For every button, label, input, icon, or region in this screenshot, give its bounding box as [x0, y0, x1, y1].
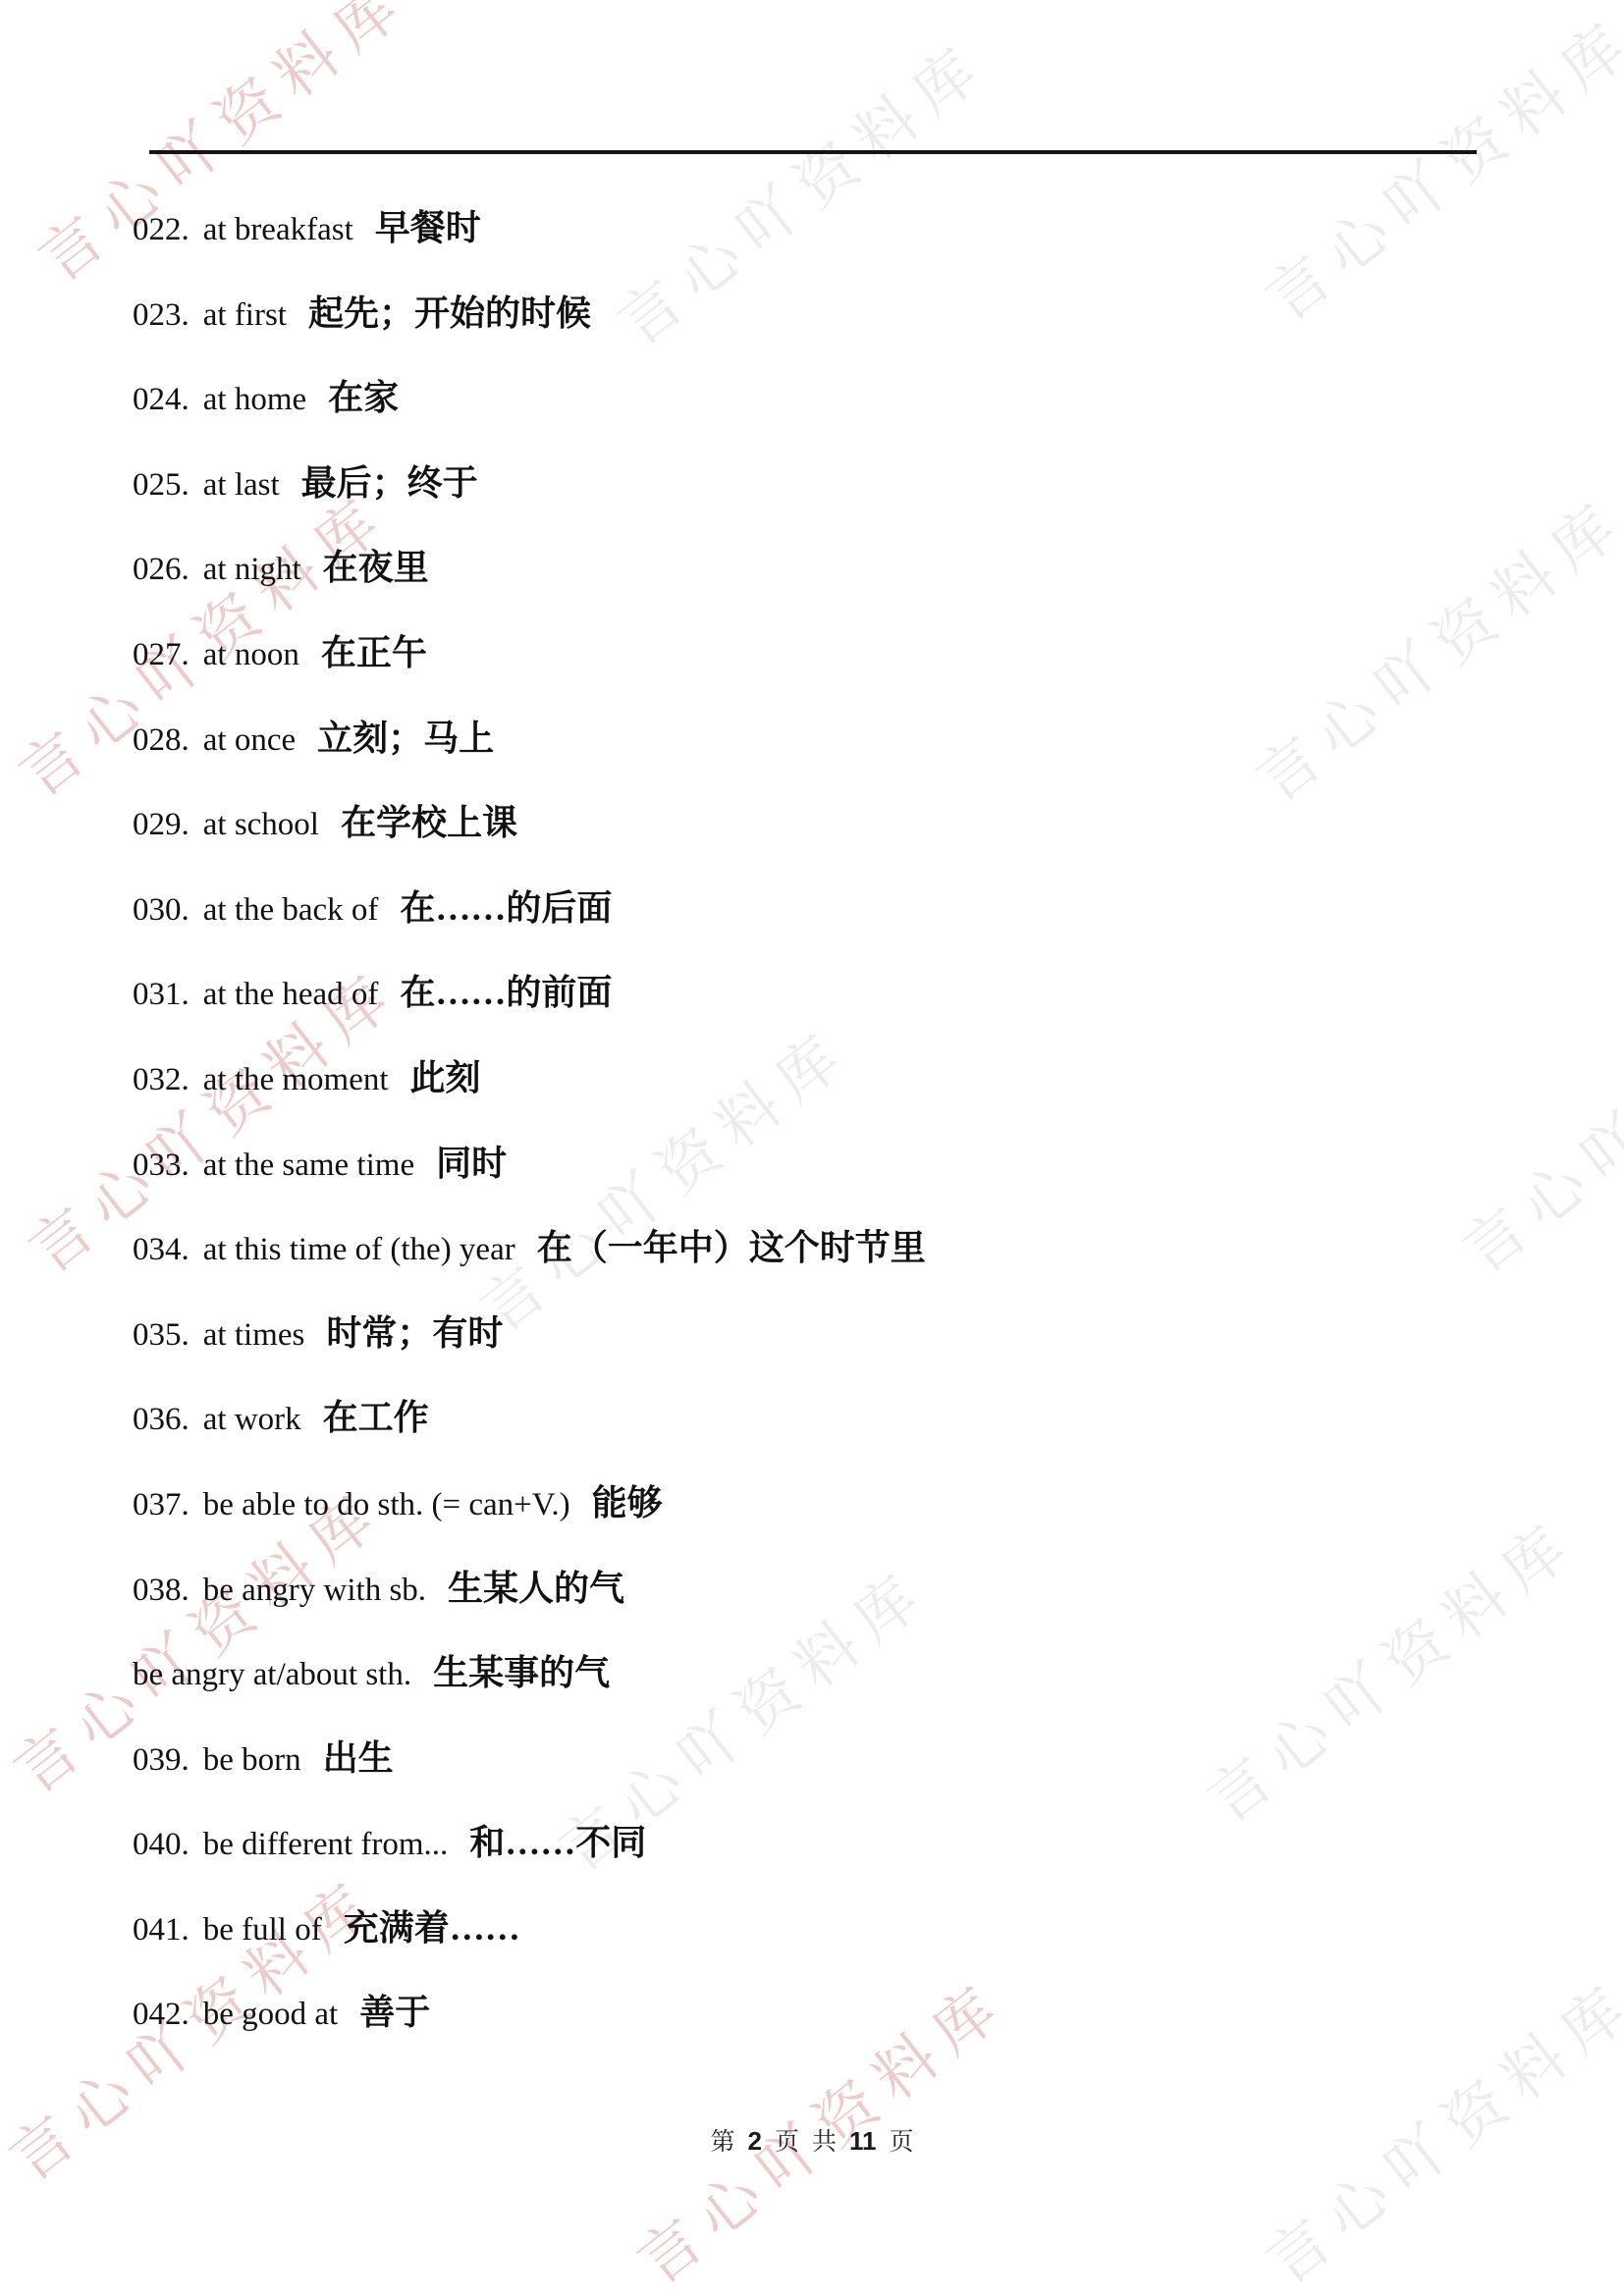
entry-english: at first: [203, 294, 287, 337]
entry-number: 030.: [133, 888, 189, 932]
entry-number: 023.: [133, 294, 189, 337]
entry-number: 028.: [133, 719, 189, 762]
entry-english: at school: [203, 803, 319, 846]
phrase-entry: 034.at this time of (the) year在（一年中）这个时节…: [133, 1226, 1565, 1311]
entry-chinese: 在……的后面: [400, 886, 612, 930]
header-rule: [149, 150, 1477, 154]
phrase-entry-continuation: be angry at/about sth.生某事的气: [133, 1651, 1565, 1736]
entry-chinese: 在工作: [323, 1396, 429, 1439]
entry-chinese: 在家: [328, 376, 399, 419]
entry-english: at the head of: [203, 973, 379, 1016]
entry-chinese: 在正午: [321, 631, 427, 674]
entry-english: at this time of (the) year: [203, 1228, 515, 1271]
entry-chinese: 同时: [436, 1142, 507, 1185]
phrase-entry: 023.at first起先；开始的时候: [133, 292, 1565, 377]
entry-number: 027.: [133, 633, 189, 676]
phrase-entry: 035.at times时常；有时: [133, 1311, 1565, 1397]
entry-chinese: 出生: [323, 1736, 394, 1780]
phrase-entry: 030.at the back of在……的后面: [133, 886, 1565, 972]
entry-english: at work: [203, 1398, 301, 1441]
phrase-entry: 027.at noon在正午: [133, 631, 1565, 717]
phrase-entry: 042.be good at善于: [133, 1991, 1565, 2076]
page-footer: 第 2 页 共 11 页: [0, 2126, 1624, 2158]
entry-chinese: 早餐时: [375, 206, 481, 249]
phrase-list: 022.at breakfast早餐时023.at first起先；开始的时候0…: [133, 206, 1565, 2076]
entry-english: at last: [203, 463, 280, 507]
entry-chinese: 善于: [359, 1991, 430, 2034]
entry-number: 040.: [133, 1823, 189, 1866]
entry-number: 038.: [133, 1569, 189, 1612]
entry-english: at times: [203, 1313, 305, 1357]
entry-chinese: 能够: [592, 1481, 663, 1524]
entry-number: 033.: [133, 1144, 189, 1187]
phrase-entry: 024.at home在家: [133, 376, 1565, 461]
entry-number: 024.: [133, 378, 189, 421]
entry-number: 032.: [133, 1058, 189, 1101]
entry-number: 029.: [133, 803, 189, 846]
entry-number: 035.: [133, 1313, 189, 1357]
entry-number: 037.: [133, 1483, 189, 1526]
phrase-entry: 039.be born出生: [133, 1736, 1565, 1822]
footer-page-number: 2: [748, 2126, 762, 2156]
entry-english: at the same time: [203, 1144, 414, 1187]
entry-number: 041.: [133, 1908, 189, 1951]
entry-chinese: 起先；开始的时候: [308, 292, 591, 335]
entry-english: be able to do sth. (= can+V.): [203, 1483, 570, 1526]
footer-mid1: 页: [775, 2128, 799, 2158]
entry-english: at the back of: [203, 888, 379, 932]
entry-chinese: 在夜里: [323, 546, 429, 589]
phrase-entry: 025.at last最后；终于: [133, 461, 1565, 547]
phrase-entry: 029.at school在学校上课: [133, 801, 1565, 886]
entry-english: at home: [203, 378, 306, 421]
phrase-entry: 028.at once立刻；马上: [133, 717, 1565, 802]
entry-english: be different from...: [203, 1823, 449, 1866]
entry-english: at the moment: [203, 1058, 389, 1101]
entry-chinese: 生某事的气: [433, 1651, 610, 1694]
phrase-entry: 040.be different from...和……不同: [133, 1821, 1565, 1906]
entry-english: at noon: [203, 633, 299, 676]
entry-number: 036.: [133, 1398, 189, 1441]
entry-number: 042.: [133, 1993, 189, 2036]
phrase-entry: 037.be able to do sth. (= can+V.)能够: [133, 1481, 1565, 1567]
phrase-entry: 033.at the same time同时: [133, 1142, 1565, 1227]
phrase-entry: 026.at night在夜里: [133, 546, 1565, 631]
footer-suffix: 页: [890, 2128, 914, 2158]
phrase-entry: 041.be full of充满着……: [133, 1906, 1565, 1992]
phrase-entry: 038.be angry with sb.生某人的气: [133, 1567, 1565, 1652]
entry-english: be born: [203, 1738, 301, 1782]
entry-chinese: 最后；终于: [301, 461, 478, 505]
entry-chinese: 和……不同: [469, 1821, 646, 1864]
footer-mid2: 共: [812, 2128, 837, 2158]
footer-prefix: 第: [710, 2128, 734, 2158]
phrase-entry: 036.at work在工作: [133, 1396, 1565, 1481]
entry-chinese: 在（一年中）这个时节里: [537, 1226, 926, 1269]
phrase-entry: 031.at the head of在……的前面: [133, 971, 1565, 1056]
entry-english: be good at: [203, 1993, 338, 2036]
entry-number: 026.: [133, 548, 189, 591]
entry-chinese: 立刻；马上: [317, 717, 494, 760]
entry-english: be full of: [203, 1908, 322, 1951]
entry-number: 031.: [133, 973, 189, 1016]
entry-english: at night: [203, 548, 301, 591]
entry-chinese: 生某人的气: [448, 1567, 624, 1610]
entry-chinese: 在学校上课: [341, 801, 517, 844]
phrase-entry: 022.at breakfast早餐时: [133, 206, 1565, 292]
entry-chinese: 充满着……: [344, 1906, 520, 1949]
entry-number: 025.: [133, 463, 189, 507]
entry-number: 039.: [133, 1738, 189, 1782]
entry-english: at breakfast: [203, 208, 353, 251]
entry-english: at once: [203, 719, 296, 762]
entry-english: be angry at/about sth.: [133, 1653, 411, 1696]
entry-chinese: 时常；有时: [326, 1311, 503, 1355]
entry-number: 022.: [133, 208, 189, 251]
document-page: 言心吖资料库言心吖资料库言心吖资料库言心吖资料库言心吖资料库言心吖资料库言心吖资…: [0, 0, 1624, 2296]
entry-chinese: 在……的前面: [400, 971, 612, 1014]
footer-total-pages: 11: [849, 2126, 877, 2156]
entry-english: be angry with sb.: [203, 1569, 426, 1612]
entry-number: 034.: [133, 1228, 189, 1271]
phrase-entry: 032.at the moment此刻: [133, 1056, 1565, 1142]
entry-chinese: 此刻: [410, 1056, 481, 1099]
